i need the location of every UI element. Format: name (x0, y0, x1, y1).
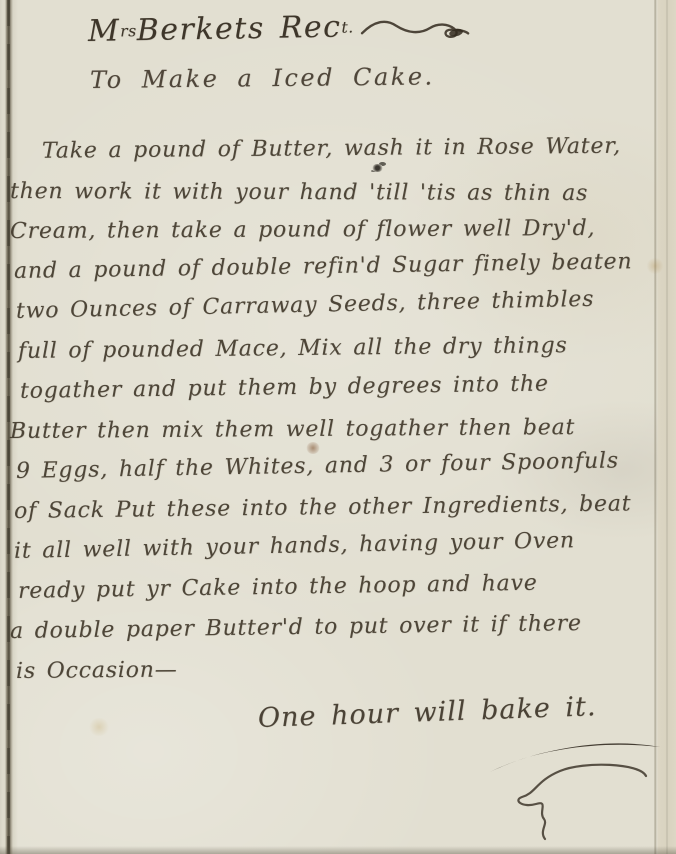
manuscript-line: a double paper Butter'd to put over it i… (10, 603, 672, 652)
signature-flourish-icon (478, 738, 670, 850)
manuscript-page: Mrs Berkets Rect. To Make a Iced Cake. T… (0, 0, 676, 854)
baking-time-note: One hour will bake it. (257, 691, 596, 734)
recipe-body: Take a pound of Butter, wash it in Rose … (10, 132, 672, 692)
heading-flourish-icon (359, 15, 471, 43)
manuscript-line: then work it with your hand 'till 'tis a… (10, 172, 672, 214)
manuscript-line: Take a pound of Butter, wash it in Rose … (10, 126, 672, 172)
heading-prefix: M (88, 13, 121, 49)
heading-text: Berkets Rec (136, 10, 341, 49)
heading-prefix-superscript: rs (120, 22, 137, 40)
paper-stain (88, 718, 110, 736)
recipe-title: To Make a Iced Cake. (90, 62, 435, 94)
manuscript-line: togather and put them by degrees into th… (10, 363, 672, 412)
recipe-attribution-heading: Mrs Berkets Rect. (88, 7, 472, 49)
heading-abbrev-superscript: t. (341, 18, 354, 36)
manuscript-line: is Occasion— (10, 646, 672, 692)
